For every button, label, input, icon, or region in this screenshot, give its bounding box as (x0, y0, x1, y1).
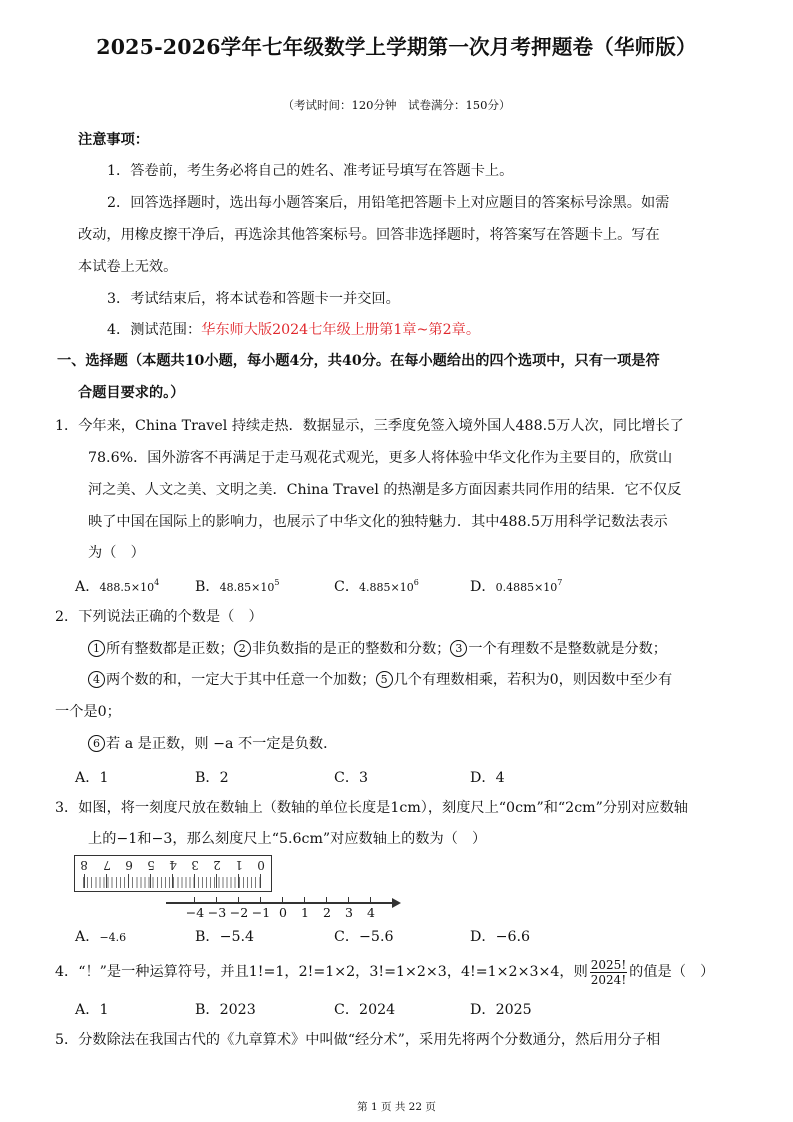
scope-label: 4．测试范围： (107, 322, 201, 338)
notice-heading: 注意事项： (78, 131, 149, 149)
q1-stem-line3: 河之美、人文之美、文明之美．China Travel 的热潮是多方面因素共同作用… (88, 481, 681, 499)
circled-number-3: 3 (450, 640, 467, 657)
q1-stem-line5: 为（ ） (88, 544, 145, 562)
q1-stem-line2: 78.6%．国外游客不再满足于走马观花式观光，更多人将体验中华文化作为主要目的，… (88, 449, 672, 467)
q3-option-a[interactable]: A．−4.6 (75, 926, 126, 946)
arrow-right-icon (392, 898, 401, 908)
q4-option-b[interactable]: B．2023 (195, 999, 256, 1019)
q2-statements-line4: 6若 a 是正数，则 −a 不一定是负数． (88, 735, 337, 753)
q1-stem-line4: 映了中国在国际上的影响力，也展示了中华文化的独特魅力．其中488.5万用科学记数… (88, 513, 668, 531)
q2-statements-line1: 1所有整数都是正数；2非负数指的是正的整数和分数；3一个有理数不是整数就是分数； (88, 640, 667, 658)
q4-option-c[interactable]: C．2024 (334, 999, 395, 1019)
q3-stem-line2: 上的−1和−3，那么刻度尺上“5.6cm”对应数轴上的数为（ ） (88, 830, 486, 848)
notice-item-2: 2．回答选择题时，选出每小题答案后，用铅笔把答题卡上对应题目的答案标号涂黑。如需 (107, 194, 669, 212)
q2-option-b[interactable]: B．2 (195, 767, 229, 787)
q2-stem: 2．下列说法正确的个数是（ ） (55, 608, 263, 626)
notice-item-1: 1．答卷前，考生务必将自己的姓名、准考证号填写在答题卡上。 (107, 162, 513, 180)
q2-statements-line3: 一个是0； (55, 703, 121, 721)
q5-stem: 5．分数除法在我国古代的《九章算术》中叫做“经分术”，采用先将两个分数通分，然后… (55, 1031, 660, 1049)
ruler-number-line-figure: 8 7 6 5 4 3 2 1 0 −4 −3 −2 −1 0 1 2 3 4 (74, 855, 414, 921)
q2-option-d[interactable]: D．4 (470, 767, 505, 787)
notice-item-2-end: 本试卷上无效。 (78, 258, 177, 276)
q1-option-b[interactable]: B．48.85×105 (195, 576, 279, 596)
notice-item-4: 4．测试范围：华东师大版2024七年级上册第1章~第2章。 (107, 321, 480, 339)
q2-option-c[interactable]: C．3 (334, 767, 368, 787)
section-heading-cont: 合题目要求的。） (78, 384, 184, 402)
q3-option-d[interactable]: D．−6.6 (470, 926, 530, 946)
notice-item-3: 3．考试结束后，将本试卷和答题卡一并交回。 (107, 290, 400, 308)
q4-option-d[interactable]: D．2025 (470, 999, 532, 1019)
number-line (166, 902, 394, 904)
page-title: 2025-2026学年七年级数学上学期第一次月考押题卷（华师版） (0, 30, 793, 60)
q2-option-a[interactable]: A．1 (75, 767, 108, 787)
circled-number-4: 4 (88, 671, 105, 688)
q1-option-d[interactable]: D．0.4885×107 (470, 576, 562, 596)
q1-option-a[interactable]: A．488.5×104 (75, 576, 159, 596)
q3-option-b[interactable]: B．−5.4 (195, 926, 254, 946)
circled-number-2: 2 (234, 640, 251, 657)
scope-value: 华东师大版2024七年级上册第1章~第2章。 (201, 322, 480, 338)
q2-statements-line2: 4两个数的和，一定大于其中任意一个加数；5几个有理数相乘，若积为0，则因数中至少… (88, 671, 672, 689)
q4-stem: 4．“！”是一种运算符号，并且1!=1，2!=1×2，3!=1×2×3，4!=1… (55, 956, 714, 988)
ruler: 8 7 6 5 4 3 2 1 0 (74, 855, 272, 892)
q1-option-c[interactable]: C．4.885×106 (334, 576, 419, 596)
section-heading: 一、选择题（本题共10小题，每小题4分，共40分。在每小题给出的四个选项中，只有… (57, 352, 660, 370)
exam-info: （考试时间：120分钟 试卷满分：150分） (0, 97, 793, 113)
ruler-ticks (83, 877, 263, 888)
circled-number-5: 5 (376, 671, 393, 688)
q3-stem: 3．如图，将一刻度尺放在数轴上（数轴的单位长度是1cm），刻度尺上“0cm”和“… (55, 799, 688, 817)
page-number: 第 1 页 共 22 页 (0, 1099, 793, 1114)
q3-option-c[interactable]: C．−5.6 (334, 926, 394, 946)
fraction: 2025!2024! (590, 958, 627, 987)
q4-option-a[interactable]: A．1 (75, 999, 108, 1019)
circled-number-6: 6 (88, 735, 105, 752)
circled-number-1: 1 (88, 640, 105, 657)
notice-item-2-cont: 改动，用橡皮擦干净后，再选涂其他答案标号。回答非选择题时，将答案写在答题卡上。写… (78, 226, 660, 244)
q1-stem: 1．今年来，China Travel 持续走热．数据显示，三季度免签入境外国人4… (55, 417, 684, 435)
